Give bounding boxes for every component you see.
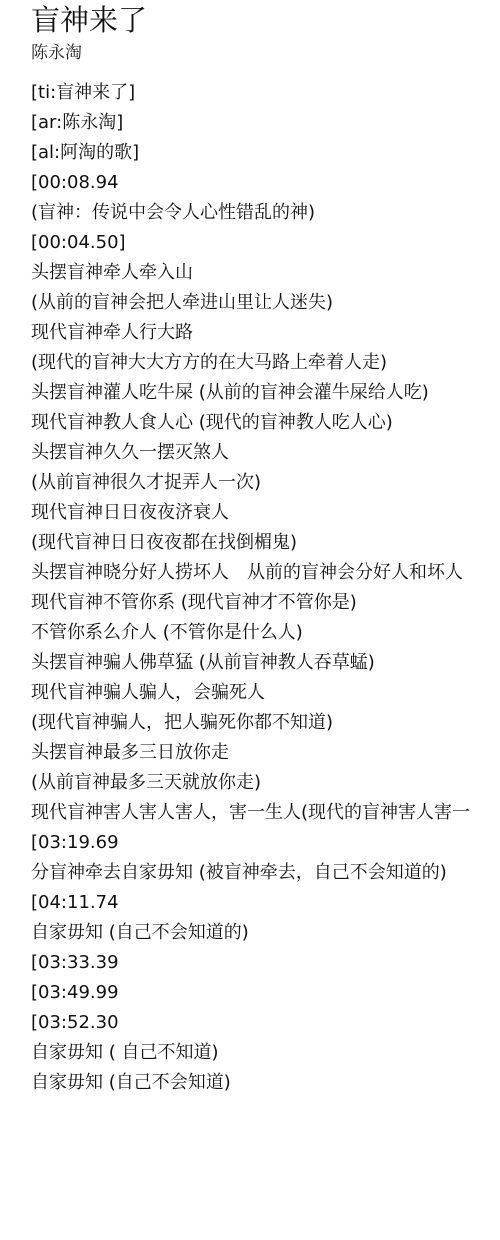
lyric-line: 自家毋知 (自己不会知道) xyxy=(31,1068,470,1098)
lyric-line: 现代盲神不管你系 (现代盲神才不管你是) xyxy=(31,588,470,618)
lyric-line: 分盲神牵去自家毋知 (被盲神牵去，自己不会知道的) xyxy=(31,858,470,888)
lyric-line: [03:19.69 xyxy=(31,828,470,858)
lyric-line: [03:49.99 xyxy=(31,978,470,1008)
lyric-line: 头摆盲神晓分好人捞坏人 从前的盲神会分好人和坏人 xyxy=(31,558,470,588)
lyric-line: 自家毋知 (自己不会知道的) xyxy=(31,918,470,948)
lyric-line: [ar:陈永淘] xyxy=(31,108,470,138)
lyric-line: 头摆盲神久久一摆灭煞人 xyxy=(31,438,470,468)
lyric-line: [00:08.94 xyxy=(31,168,470,198)
song-title: 盲神来了 xyxy=(31,1,147,39)
lyric-line: (从前盲神很久才捉弄人一次) xyxy=(31,468,470,498)
lyric-line: (从前的盲神会把人牵进山里让人迷失) xyxy=(31,288,470,318)
lyric-line: [03:33.39 xyxy=(31,948,470,978)
lyric-line: (从前盲神最多三天就放你走) xyxy=(31,768,470,798)
lyric-line: [ti:盲神来了] xyxy=(31,78,470,108)
lyric-line: 头摆盲神灌人吃牛屎 (从前的盲神会灌牛屎给人吃) xyxy=(31,378,470,408)
lyric-line: 头摆盲神牵人牵入山 xyxy=(31,258,470,288)
lyric-line: 现代盲神教人食人心 (现代的盲神教人吃人心) xyxy=(31,408,470,438)
lyric-line: 自家毋知 ( 自己不知道) xyxy=(31,1038,470,1068)
lyric-line: [00:04.50] xyxy=(31,228,470,258)
lyric-line: [al:阿淘的歌] xyxy=(31,138,470,168)
lyric-line: 现代盲神日日夜夜济衰人 xyxy=(31,498,470,528)
lyric-line: [04:11.74 xyxy=(31,888,470,918)
lyric-line: 头摆盲神骗人佛草猛 (从前盲神教人吞草蜢) xyxy=(31,648,470,678)
lyrics-list: [ti:盲神来了] [ar:陈永淘] [al:阿淘的歌] [00:08.94 (… xyxy=(31,78,470,1098)
song-artist: 陈永淘 xyxy=(31,41,82,65)
lyric-line: (盲神：传说中会令人心性错乱的神) xyxy=(31,198,470,228)
lyric-line: [03:52.30 xyxy=(31,1008,470,1038)
lyric-line: (现代盲神日日夜夜都在找倒楣鬼) xyxy=(31,528,470,558)
lyric-line: 不管你系么介人 (不管你是什么人) xyxy=(31,618,470,648)
lyric-line: (现代盲神骗人，把人骗死你都不知道) xyxy=(31,708,470,738)
lyric-line: 现代盲神骗人骗人，会骗死人 xyxy=(31,678,470,708)
lyric-line: (现代的盲神大大方方的在大马路上牵着人走) xyxy=(31,348,470,378)
lyric-line: 现代盲神牵人行大路 xyxy=(31,318,470,348)
lyric-line: 头摆盲神最多三日放你走 xyxy=(31,738,470,768)
lyric-line: 现代盲神害人害人害人，害一生人(现代的盲神害人害一 xyxy=(31,798,470,828)
